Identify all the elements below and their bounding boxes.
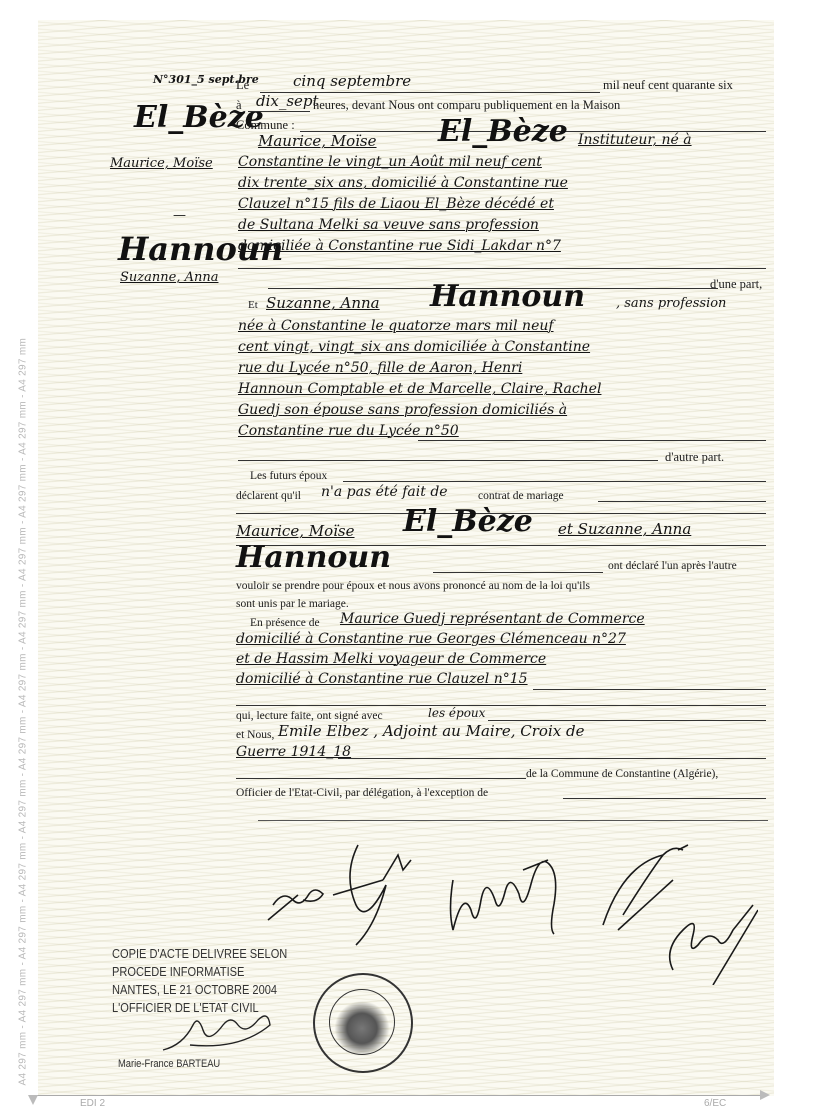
couple-groom-surname: El_Bèze bbox=[403, 504, 533, 539]
ministry-seal bbox=[313, 973, 413, 1073]
signature-5 bbox=[670, 905, 758, 985]
footer-form-code: EDI 2 bbox=[80, 1098, 105, 1109]
commune-label: Commune : bbox=[236, 118, 295, 133]
copy-certification-line2: PROCEDE INFORMATISE bbox=[112, 963, 244, 981]
bottom-ruler bbox=[34, 1095, 762, 1096]
hour-handwritten: dix_sept bbox=[256, 92, 319, 110]
officer-signature bbox=[158, 1015, 278, 1060]
date-label: Le bbox=[236, 78, 249, 93]
arrow-right-icon bbox=[760, 1090, 770, 1100]
officer-name-printed: Marie-France BARTEAU bbox=[118, 1055, 220, 1073]
signature-4 bbox=[603, 845, 688, 930]
copy-certification-line3: NANTES, LE 21 OCTOBRE 2004 bbox=[112, 981, 277, 999]
party-signatures bbox=[263, 835, 758, 985]
date-handwritten: cinq septembre bbox=[293, 72, 411, 90]
arrow-down-icon bbox=[28, 1095, 38, 1105]
groom-surname: El_Bèze bbox=[438, 114, 568, 149]
margin-bride-given: Suzanne, Anna bbox=[120, 270, 218, 285]
page-size-ruler: A4 297 mm - A4 297 mm - A4 297 mm - A4 2… bbox=[3, 20, 23, 1100]
witness-1: Maurice Guedj représentant de Commerce bbox=[340, 611, 645, 627]
marianne-emblem-icon bbox=[329, 989, 395, 1055]
year-text: mil neuf cent quarante six bbox=[603, 78, 733, 93]
copy-certification-line1: COPIE D'ACTE DELIVREE SELON bbox=[112, 945, 287, 963]
civil-record-page: N°301_5 sept.bre El_Bèze Maurice, Moïse … bbox=[38, 20, 774, 1096]
margin-groom-given: Maurice, Moïse bbox=[110, 156, 213, 171]
footer-form-id: 6/EC bbox=[704, 1098, 726, 1109]
signature-3 bbox=[451, 860, 556, 934]
signature-2 bbox=[333, 845, 411, 945]
officer-name: Emile Elbez , Adjoint au Maire, Croix de bbox=[278, 722, 584, 740]
couple-bride-surname: Hannoun bbox=[236, 540, 391, 575]
bride-surname: Hannoun bbox=[430, 279, 585, 314]
witness-2: et de Hassim Melki voyageur de Commerce bbox=[236, 651, 546, 667]
signature-1 bbox=[268, 890, 323, 920]
margin-dash: — bbox=[173, 208, 186, 223]
